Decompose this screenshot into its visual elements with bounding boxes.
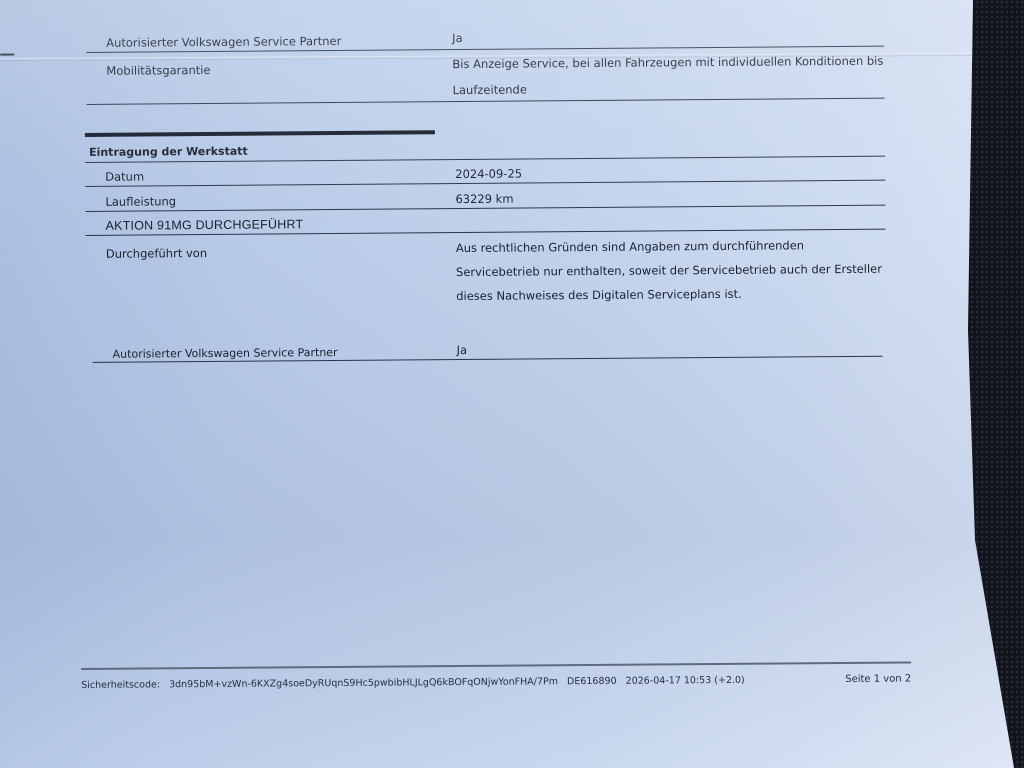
section-divider <box>85 130 435 137</box>
row-label: Autorisierter Volkswagen Service Partner <box>106 34 341 50</box>
row-value: Ja <box>452 27 463 49</box>
value-line: Servicebetrieb nur enthalten, soweit der… <box>456 257 882 284</box>
row-value: Bis Anzeige Service, bei allen Fahrzeuge… <box>452 50 883 101</box>
row-value: 63229 km <box>455 188 513 210</box>
security-code-label: Sicherheitscode: <box>81 679 160 691</box>
row-mobility-guarantee: Mobilitätsgarantie Bis Anzeige Service, … <box>86 48 884 105</box>
document-page: Autorisierter Volkswagen Service Partner… <box>0 0 1024 768</box>
value-line: Laufzeitende <box>452 76 883 101</box>
row-value: Aus rechtlichen Gründen sind Angaben zum… <box>456 233 883 308</box>
row-authorized-partner-bottom: Autorisierter Volkswagen Service Partner… <box>93 334 883 363</box>
row-performed-by: Durchgeführt von Aus rechtlichen Gründen… <box>86 231 887 315</box>
print-timestamp: 2026-04-17 10:53 (+2.0) <box>626 675 745 687</box>
row-label: Mobilitätsgarantie <box>106 63 210 78</box>
footer-info: Sicherheitscode: 3dn95bM+vzWn-6KXZg4soeD… <box>81 675 751 691</box>
value-line: dieses Nachweises des Digitalen Servicep… <box>456 281 882 308</box>
row-label: Autorisierter Volkswagen Service Partner <box>113 346 338 361</box>
footer-rule <box>81 661 911 670</box>
value-line: Aus rechtlichen Gründen sind Angaben zum… <box>456 233 882 260</box>
security-code: 3dn95bM+vzWn-6KXZg4soeDyRUqnS9Hc5pwbibHL… <box>169 676 558 690</box>
row-value: Ja <box>457 339 468 361</box>
row-label: Durchgeführt von <box>106 246 207 261</box>
row-value: 2024-09-25 <box>455 163 522 186</box>
row-label: Laufleistung <box>105 194 176 209</box>
value-line: Bis Anzeige Service, bei allen Fahrzeuge… <box>452 50 883 75</box>
row-label: Datum <box>105 170 144 184</box>
document-content: Autorisierter Volkswagen Service Partner… <box>0 0 1024 768</box>
row-label: AKTION 91MG DURCHGEFÜHRT <box>106 217 304 233</box>
dealer-id: DE616890 <box>567 676 617 687</box>
margin-stub <box>0 54 14 56</box>
page-number: Seite 1 von 2 <box>845 673 911 685</box>
